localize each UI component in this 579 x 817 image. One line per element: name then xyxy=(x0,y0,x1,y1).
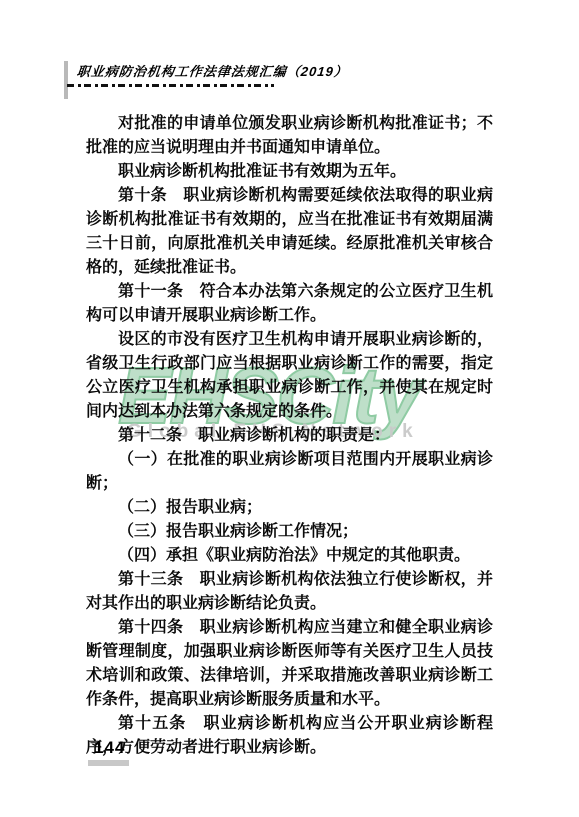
paragraph: 对批准的申请单位颁发职业病诊断机构批准证书；不批准的应当说明理由并书面通知申请单… xyxy=(86,112,493,160)
header-accent-bar xyxy=(64,61,68,99)
paragraph: 第十五条 职业病诊断机构应当公开职业病诊断程序，方便劳动者进行职业病诊断。 xyxy=(86,712,493,760)
header-dashed-rule xyxy=(67,84,274,87)
paragraph: 第十一条 符合本办法第六条规定的公立医疗卫生机构可以申请开展职业病诊断工作。 xyxy=(86,280,493,328)
paragraph: （二）报告职业病； xyxy=(86,496,493,520)
paragraph: （一）在批准的职业病诊断项目范围内开展职业病诊断； xyxy=(86,448,493,496)
paragraph: （四）承担《职业病防治法》中规定的其他职责。 xyxy=(86,544,493,568)
paragraph: 第十三条 职业病诊断机构依法独立行使诊断权，并对其作出的职业病诊断结论负责。 xyxy=(86,568,493,616)
paragraph: 职业病诊断机构批准证书有效期为五年。 xyxy=(86,160,493,184)
paragraph: 第十条 职业病诊断机构需要延续依法取得的职业病诊断机构批准证书有效期的，应当在批… xyxy=(86,184,493,280)
running-header-title: 职业病防治机构工作法律法规汇编（2019） xyxy=(76,61,338,80)
paragraph: 第十二条 职业病诊断机构的职责是： xyxy=(86,424,493,448)
page-number: 144 xyxy=(94,738,125,758)
paragraph: 设区的市没有医疗卫生机构申请开展职业病诊断的，省级卫生行政部门应当根据职业病诊断… xyxy=(86,328,493,424)
document-body: 对批准的申请单位颁发职业病诊断机构批准证书；不批准的应当说明理由并书面通知申请单… xyxy=(86,112,493,760)
page-number-underline-bar xyxy=(88,760,129,766)
paragraph: （三）报告职业病诊断工作情况； xyxy=(86,520,493,544)
document-page: 职业病防治机构工作法律法规汇编（2019） EHSCity Global EHS… xyxy=(0,0,579,817)
paragraph: 第十四条 职业病诊断机构应当建立和健全职业病诊断管理制度，加强职业病诊断医师等有… xyxy=(86,616,493,712)
